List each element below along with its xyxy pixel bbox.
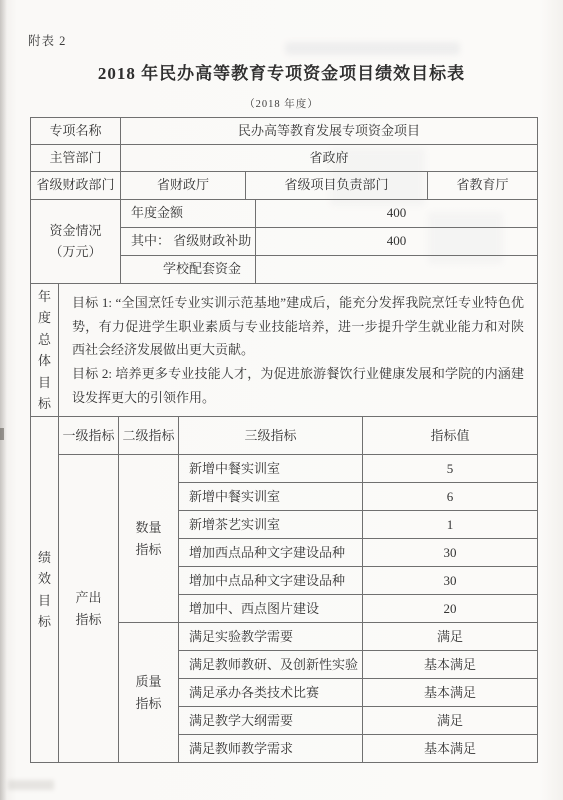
indicator-value: 5 [363,455,538,483]
scan-speck [0,428,4,440]
header-level3: 三级指标 [179,417,363,455]
indicator-name: 满足教师教学需求 [179,735,363,763]
document-title: 2018 年民办高等教育专项资金项目绩效目标表 [0,59,563,84]
annual-goal-text: 目标 1: “全国烹饪专业实训示范基地”建成后，能充分发挥我院烹饪专业特色优势，… [59,284,538,417]
indicator-name: 满足教学大纲需要 [179,707,363,735]
indicator-name: 满足教师教研、及创新性实验 [179,651,363,679]
info-table: 专项名称 民办高等教育发展专项资金项目 主管部门 省政府 省级财政部门 省财政厅… [30,117,538,200]
scanned-document-page: 附表 2 2018 年民办高等教育专项资金项目绩效目标表 （2018 年度） 专… [0,0,563,800]
indicator-value: 满足 [363,623,538,651]
funding-row-label: 其中： 省级财政补助 [121,228,256,256]
table-row: 资金情况 （万元） 年度金额 400 [31,200,538,228]
indicator-name: 新增中餐实训室 [179,483,363,511]
indicator-value: 满足 [363,707,538,735]
indicator-name: 新增中餐实训室 [179,455,363,483]
annex-label: 附表 2 [28,31,66,49]
indicator-value: 基本满足 [363,651,538,679]
bleed-through-smudge [285,42,460,55]
scan-edge-shadow [0,0,7,800]
funding-label-line1: 资金情况 [49,223,101,238]
table-row: 省级财政部门 省财政厅 省级项目负责部门 省教育厅 [31,172,538,200]
table-row: 专项名称 民办高等教育发展专项资金项目 [31,118,538,145]
goal-1-text: 目标 1: “全国烹饪专业实训示范基地”建成后，能充分发挥我院烹饪专业特色优势，… [72,291,524,362]
funding-row-value [256,256,538,284]
table-row: 产出指标 数量指标 新增中餐实训室 5 [31,455,538,483]
header-level1: 一级指标 [59,417,119,455]
performance-table: 绩效目标 一级指标 二级指标 三级指标 指标值 产出指标 数量指标 新增中餐实训… [30,416,538,763]
project-name-label: 专项名称 [31,118,121,145]
resp-dept-value: 省教育厅 [428,172,538,200]
funding-label-line2: （万元） [49,244,101,259]
indicator-name: 增加中、西点图片建设 [179,595,363,623]
header-value: 指标值 [363,417,538,455]
header-level2: 二级指标 [119,417,179,455]
funding-table: 资金情况 （万元） 年度金额 400 其中： 省级财政补助 400 学校配套资金 [30,199,538,284]
funding-row-label: 年度金额 [121,200,256,228]
indicator-name: 增加中点品种文字建设品种 [179,567,363,595]
document-subtitle: （2018 年度） [0,96,563,111]
goal-2-text: 目标 2: 培养更多专业技能人才，为促进旅游餐饮行业健康发展和学院的内涵建设发挥… [72,362,524,409]
indicator-value: 基本满足 [363,679,538,707]
project-name-value: 民办高等教育发展专项资金项目 [121,118,538,145]
table-row: 绩效目标 一级指标 二级指标 三级指标 指标值 [31,417,538,455]
indicator-value: 20 [363,595,538,623]
dept-value: 省政府 [121,145,538,172]
indicator-name: 满足实验教学需要 [179,623,363,651]
scan-blot [8,780,54,790]
indicator-value: 6 [363,483,538,511]
indicator-name: 新增茶艺实训室 [179,511,363,539]
annual-goal-label: 年度总体目标 [31,284,59,417]
performance-label: 绩效目标 [31,417,59,763]
indicator-name: 满足承办各类技术比赛 [179,679,363,707]
funding-row-label: 学校配套资金 [121,256,256,284]
level1-output-label: 产出指标 [59,455,119,763]
indicator-value: 30 [363,567,538,595]
main-table: 专项名称 民办高等教育发展专项资金项目 主管部门 省政府 省级财政部门 省财政厅… [30,117,538,763]
indicator-value: 30 [363,539,538,567]
annual-goal-table: 年度总体目标 目标 1: “全国烹饪专业实训示范基地”建成后，能充分发挥我院烹饪… [30,283,538,417]
funding-row-value: 400 [256,228,538,256]
dept-label: 主管部门 [31,145,121,172]
finance-dept-value: 省财政厅 [121,172,246,200]
resp-dept-label: 省级项目负责部门 [246,172,428,200]
funding-row-value: 400 [256,200,538,228]
level2-quantity-label: 数量指标 [119,455,179,623]
funding-label: 资金情况 （万元） [31,200,121,284]
indicator-name: 增加西点品种文字建设品种 [179,539,363,567]
indicator-value: 基本满足 [363,735,538,763]
finance-dept-label: 省级财政部门 [31,172,121,200]
level2-quality-label: 质量指标 [119,623,179,763]
table-row: 年度总体目标 目标 1: “全国烹饪专业实训示范基地”建成后，能充分发挥我院烹饪… [31,284,538,417]
table-row: 主管部门 省政府 [31,145,538,172]
indicator-value: 1 [363,511,538,539]
